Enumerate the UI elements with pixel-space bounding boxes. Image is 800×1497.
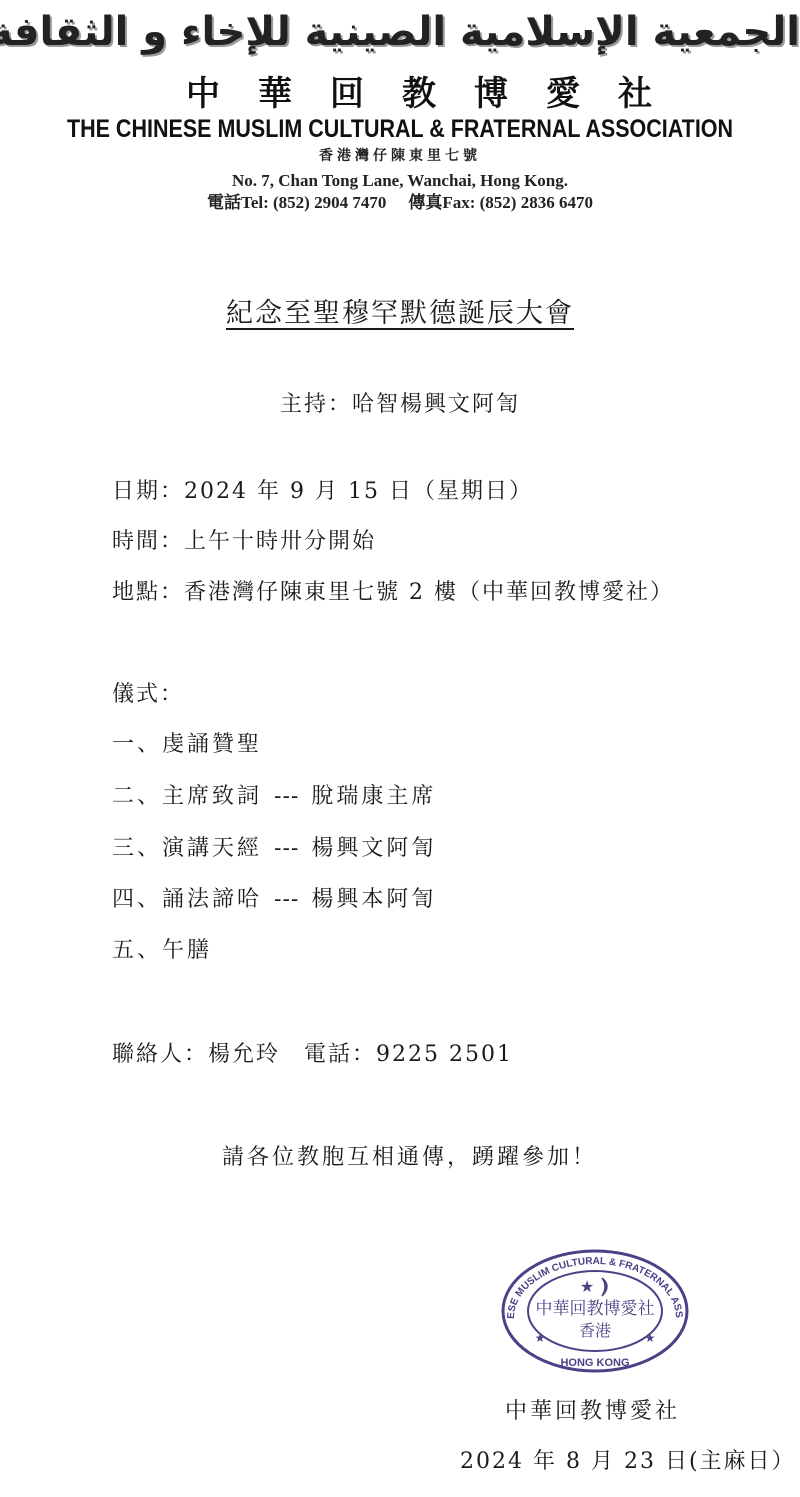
program-title: 演講天經 bbox=[162, 836, 262, 861]
notice-title: 紀念至聖穆罕默德誕辰大會 bbox=[0, 296, 800, 332]
ceremony-label: 儀式： bbox=[112, 680, 184, 710]
svg-text:★: ★ bbox=[535, 1331, 546, 1345]
letterhead-english-name: THE CHINESE MUSLIM CULTURAL & FRATERNAL … bbox=[56, 114, 744, 144]
signature-organization: 中華回教博愛社 bbox=[505, 1397, 680, 1427]
organization-seal: THE CHINESE MUSLIM CULTURAL & FRATERNAL … bbox=[500, 1248, 690, 1374]
letterhead-tel: 電話Tel: (852) 2904 7470 bbox=[207, 193, 386, 212]
program-title: 誦法諦哈 bbox=[162, 887, 262, 912]
contact-person: 聯絡人：楊允玲 bbox=[112, 1042, 280, 1067]
letterhead-contact-line: 電話Tel: (852) 2904 7470傳真Fax: (852) 2836 … bbox=[0, 192, 800, 214]
program-dash: --- bbox=[274, 782, 299, 812]
program-person: 楊興文阿訇 bbox=[311, 836, 436, 861]
letterhead-address-chinese: 香港灣仔陳東里七號 bbox=[0, 146, 800, 166]
program-index: 三、 bbox=[112, 836, 162, 861]
letterhead-chinese-name: 中華回教博愛社 bbox=[0, 72, 800, 116]
program-index: 二、 bbox=[112, 784, 162, 809]
program-person: 脫瑞康主席 bbox=[311, 784, 436, 809]
program-item: 一、虔誦贊聖 bbox=[112, 730, 262, 760]
seal-center-name: 中華回教博愛社 bbox=[536, 1299, 655, 1319]
program-title: 虔誦贊聖 bbox=[162, 732, 262, 757]
program-item: 三、演講天經---楊興文阿訇 bbox=[112, 834, 436, 864]
program-dash: --- bbox=[274, 834, 299, 864]
contact-phone: 電話：9225 2501 bbox=[304, 1042, 513, 1067]
program-index: 一、 bbox=[112, 732, 162, 757]
signature-date: 2024 年 8 月 23 日(主麻日） bbox=[460, 1447, 796, 1477]
letterhead-address-english: No. 7, Chan Tong Lane, Wanchai, Hong Kon… bbox=[0, 170, 800, 192]
event-time: 時間：上午十時卅分開始 bbox=[112, 527, 376, 557]
program-item: 五、午膳 bbox=[112, 936, 212, 966]
program-title: 午膳 bbox=[162, 938, 212, 963]
svg-text:★: ★ bbox=[645, 1331, 656, 1345]
contact-line: 聯絡人：楊允玲電話：9225 2501 bbox=[112, 1040, 513, 1070]
program-dash: --- bbox=[274, 885, 299, 915]
notice-host: 主持：哈智楊興文阿訇 bbox=[0, 390, 800, 420]
invitation-text: 請各位教胞互相通傳，踴躍參加！ bbox=[222, 1143, 597, 1173]
seal-icon: THE CHINESE MUSLIM CULTURAL & FRATERNAL … bbox=[500, 1248, 690, 1374]
event-venue: 地點：香港灣仔陳東里七號 2 樓（中華回教博愛社） bbox=[112, 578, 674, 608]
event-date: 日期：2024 年 9 月 15 日（星期日） bbox=[112, 477, 533, 507]
program-item: 二、主席致詞---脫瑞康主席 bbox=[112, 782, 436, 812]
seal-center-place: 香港 bbox=[579, 1321, 611, 1340]
seal-bottom-text: HONG KONG bbox=[560, 1357, 629, 1369]
program-title: 主席致詞 bbox=[162, 784, 262, 809]
program-index: 五、 bbox=[112, 938, 162, 963]
program-person: 楊興本阿訇 bbox=[311, 887, 436, 912]
program-index: 四、 bbox=[112, 887, 162, 912]
letterhead-fax: 傳真Fax: (852) 2836 6470 bbox=[408, 193, 593, 212]
svg-text:★: ★ bbox=[580, 1277, 594, 1296]
program-item: 四、誦法諦哈---楊興本阿訇 bbox=[112, 885, 436, 915]
letterhead-arabic-name: الجمعية الإسلامية الصينية للإخاء و الثقا… bbox=[0, 4, 800, 60]
